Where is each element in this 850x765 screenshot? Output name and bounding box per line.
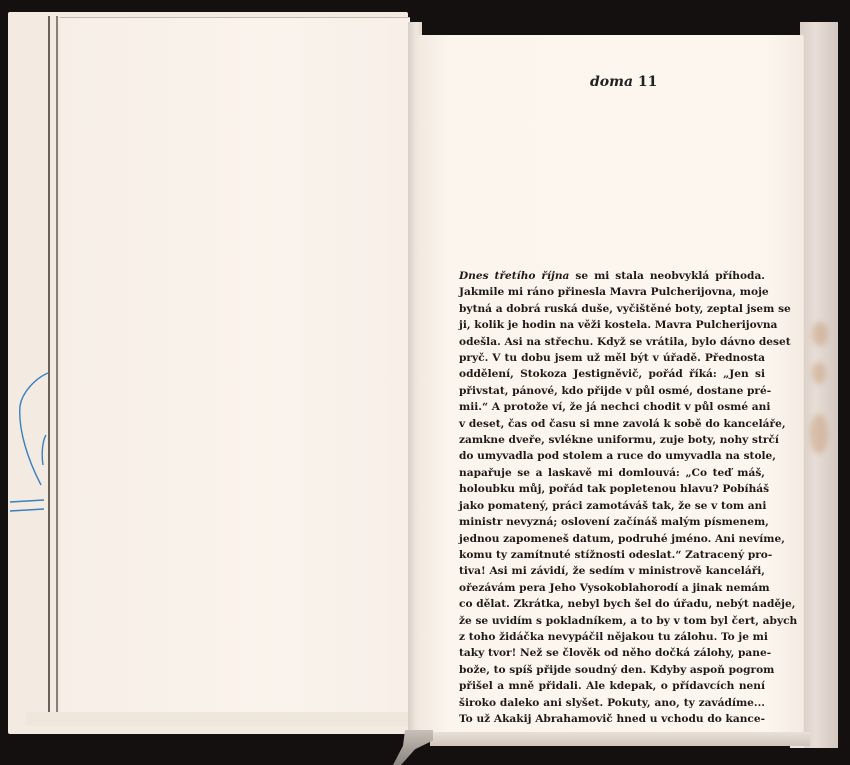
- left-page-blank: [60, 17, 410, 719]
- open-book-photo: doma 11 Dnes třetího října se mi stala n…: [0, 0, 850, 765]
- text-line: přivstat, pánové, kdo přijde v půl osmé,…: [459, 383, 765, 399]
- text-line: bytná a dobrá ruská duše, vyčištěné boty…: [459, 301, 765, 317]
- text-line: napařuje se a laskavě mi domlouvá: „Co t…: [459, 465, 765, 481]
- text-line: holoubku můj, pořád tak popletenou hlavu…: [459, 481, 765, 497]
- stain: [810, 414, 828, 454]
- text-line: odešla. Asi na střechu. Když se vrátila,…: [459, 334, 765, 350]
- page-body-text: Dnes třetího října se mi stala neobvyklá…: [459, 268, 765, 727]
- text-line: Jakmile mi ráno přinesla Mavra Pulcherij…: [459, 284, 765, 300]
- text-line: přišel a mně přidali. Ale kdepak, o příd…: [459, 678, 765, 694]
- text-line: ořezávám pera Jeho Vysokoblahorodí a jin…: [459, 580, 765, 596]
- text-line: co dělat. Zkrátka, nebyl bych šel do úřa…: [459, 596, 765, 612]
- text-line: bože, to spíš přijde soudný den. Kdyby a…: [459, 662, 765, 678]
- text-line: ministr nevyzná; oslovení začínáš malým …: [459, 514, 765, 530]
- right-page-bottom-edge: [430, 732, 810, 746]
- text-line: jako pomatený, práci zamotáváš tak, že s…: [459, 498, 765, 514]
- text-line: mii.“ A protože ví, že já nechci chodit …: [459, 399, 765, 415]
- text-line: Dnes třetího října se mi stala neobvyklá…: [459, 268, 765, 284]
- text-line: pryč. V tu dobu jsem už měl být v úřadě.…: [459, 350, 765, 366]
- right-cover-board: [800, 22, 838, 748]
- stain: [812, 322, 828, 346]
- text-line: To už Akakij Abrahamovič hned u vchodu d…: [459, 711, 765, 727]
- text-line: ji, kolik je hodin na věži kostela. Mavr…: [459, 317, 765, 333]
- text-line: široko daleko ani slyšet. Pokuty, ano, t…: [459, 695, 765, 711]
- text-line: oddělení, Stokoza Jestigněvič, pořád řík…: [459, 366, 765, 382]
- text-line: komu ty zamítnuté stížnosti odeslat.“ Za…: [459, 547, 765, 563]
- left-cover-bottom-edge: [26, 712, 416, 726]
- text-line: zamkne dveře, svlékne uniformu, zuje bot…: [459, 432, 765, 448]
- opening-italic: Dnes třetího října: [459, 270, 569, 282]
- running-head: doma 11: [590, 74, 657, 90]
- page-number: 11: [638, 74, 657, 90]
- text-line: taky tvor! Než se člověk od něho dočká z…: [459, 645, 765, 661]
- left-page-edge: [48, 16, 50, 716]
- stain: [812, 362, 826, 384]
- text-line: tiva! Asi mi závidí, že sedím v ministro…: [459, 563, 765, 579]
- running-head-title: doma: [590, 74, 633, 90]
- blue-ink-doodle-icon: [8, 370, 48, 520]
- left-page-edge: [56, 16, 58, 716]
- text-line: v deset, čas od času si mne zavolá k sob…: [459, 416, 765, 432]
- text-line: z toho židáčka nevypáčil nějakou tu zálo…: [459, 629, 765, 645]
- text-line: do umyvadla pod stolem a ruce do umyvadl…: [459, 448, 765, 464]
- bookmark-ribbon: [393, 730, 433, 765]
- text-line: že se uvidím s pokladníkem, a to by v to…: [459, 613, 765, 629]
- text-line: jednou zapomeneš datum, podruhé jméno. A…: [459, 531, 765, 547]
